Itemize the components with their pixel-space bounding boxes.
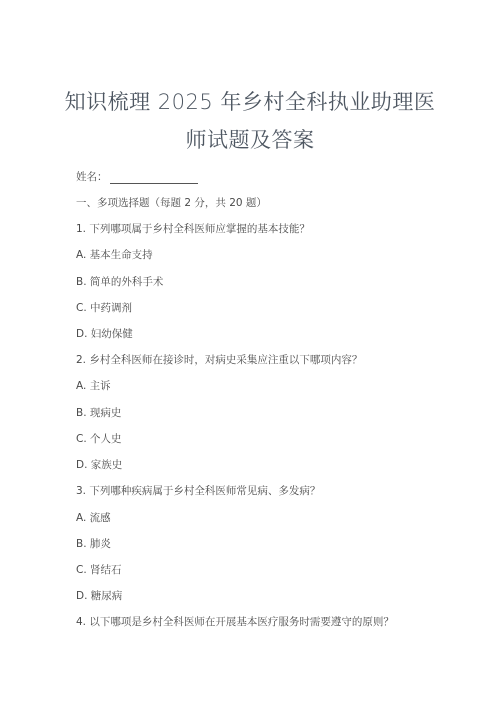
- name-label: 姓名：: [76, 170, 108, 184]
- question-2-stem: 2. 乡村全科医师在接诊时，对病史采集应注重以下哪项内容？: [76, 353, 362, 367]
- question-4-stem: 4. 以下哪项是乡村全科医师在开展基本医疗服务时需要遵守的原则？: [76, 615, 394, 629]
- question-1-option-b: B. 简单的外科手术: [76, 275, 163, 289]
- document-title-line-2: 师试题及答案: [0, 124, 500, 154]
- question-3-option-b: B. 肺炎: [76, 537, 111, 551]
- section-heading: 一、多项选择题（每题 2 分，共 20 题）: [76, 196, 267, 210]
- question-1-option-c: C. 中药调剂: [76, 301, 132, 315]
- name-field-row: 姓名：: [76, 170, 198, 184]
- question-1-option-a: A. 基本生命支持: [76, 248, 153, 262]
- document-page: 知识梳理 2025 年乡村全科执业助理医 师试题及答案 姓名： 一、多项选择题（…: [0, 0, 500, 707]
- name-blank-line: [110, 173, 198, 184]
- question-2-option-c: C. 个人史: [76, 432, 122, 446]
- question-3-stem: 3. 下列哪种疾病属于乡村全科医师常见病、多发病？: [76, 484, 320, 498]
- question-1-option-d: D. 妇幼保健: [76, 327, 133, 341]
- document-title-line-1: 知识梳理 2025 年乡村全科执业助理医: [0, 86, 500, 116]
- question-3-option-c: C. 肾结石: [76, 563, 122, 577]
- question-1-stem: 1. 下列哪项属于乡村全科医师应掌握的基本技能？: [76, 222, 310, 236]
- question-3-option-d: D. 糖尿病: [76, 589, 122, 603]
- question-3-option-a: A. 流感: [76, 511, 111, 525]
- question-2-option-a: A. 主诉: [76, 379, 111, 393]
- question-2-option-d: D. 家族史: [76, 458, 122, 472]
- question-2-option-b: B. 现病史: [76, 406, 121, 420]
